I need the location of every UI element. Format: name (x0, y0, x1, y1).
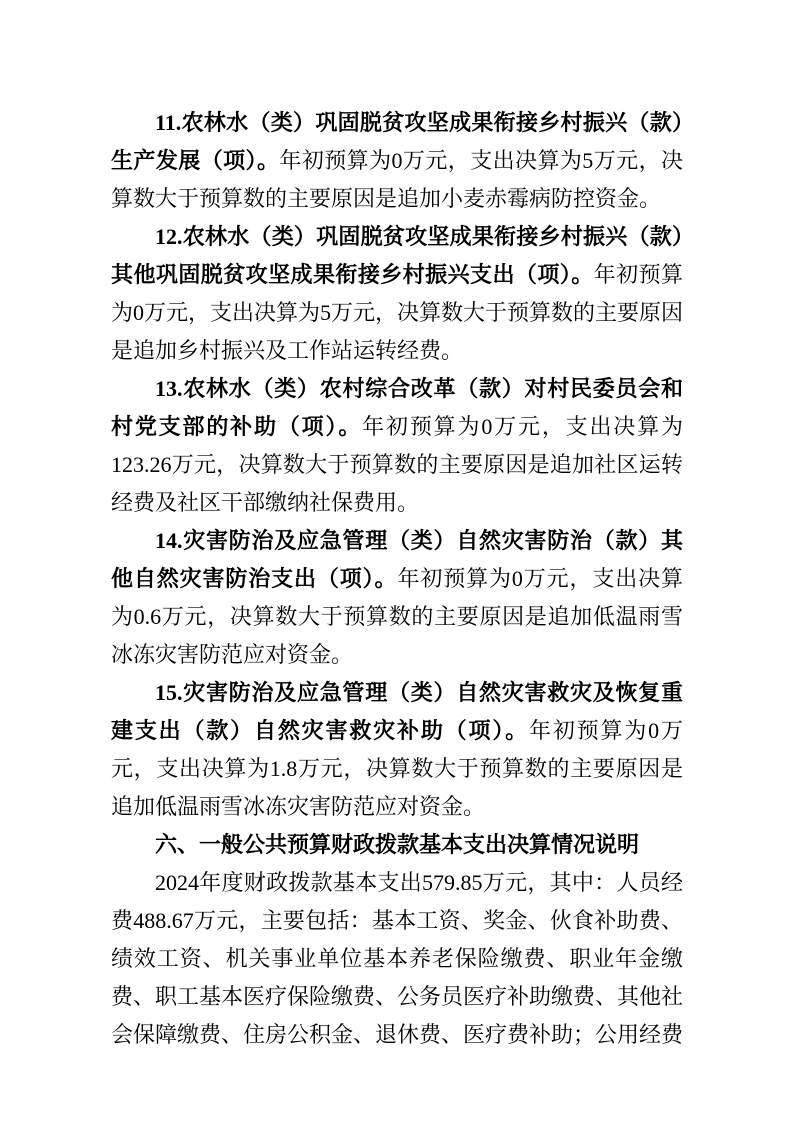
document-body: 11.农林水（类）巩固脱贫攻坚成果衔接乡村振兴（款）生产发展（项）。年初预算为0… (111, 104, 683, 1054)
document-page: 11.农林水（类）巩固脱贫攻坚成果衔接乡村振兴（款）生产发展（项）。年初预算为0… (0, 0, 793, 1122)
budget-item-paragraph-13: 13.农林水（类）农村综合改革（款）对村民委员会和村党支部的补助（项）。年初预算… (111, 370, 683, 522)
budget-item-paragraph-15: 15.灾害防治及应急管理（类）自然灾害救灾及恢复重建支出（款）自然灾害救灾补助（… (111, 674, 683, 826)
budget-item-paragraph-11: 11.农林水（类）巩固脱贫攻坚成果衔接乡村振兴（款）生产发展（项）。年初预算为0… (111, 104, 683, 218)
budget-item-paragraph-12: 12.农林水（类）巩固脱贫攻坚成果衔接乡村振兴（款）其他巩固脱贫攻坚成果衔接乡村… (111, 218, 683, 370)
basic-expenditure-paragraph: 2024年度财政拨款基本支出579.85万元，其中：人员经费488.67万元，主… (111, 864, 683, 1054)
budget-item-paragraph-14: 14.灾害防治及应急管理（类）自然灾害防治（款）其他自然灾害防治支出（项）。年初… (111, 522, 683, 674)
section-six-heading: 六、一般公共预算财政拨款基本支出决算情况说明 (111, 826, 683, 864)
